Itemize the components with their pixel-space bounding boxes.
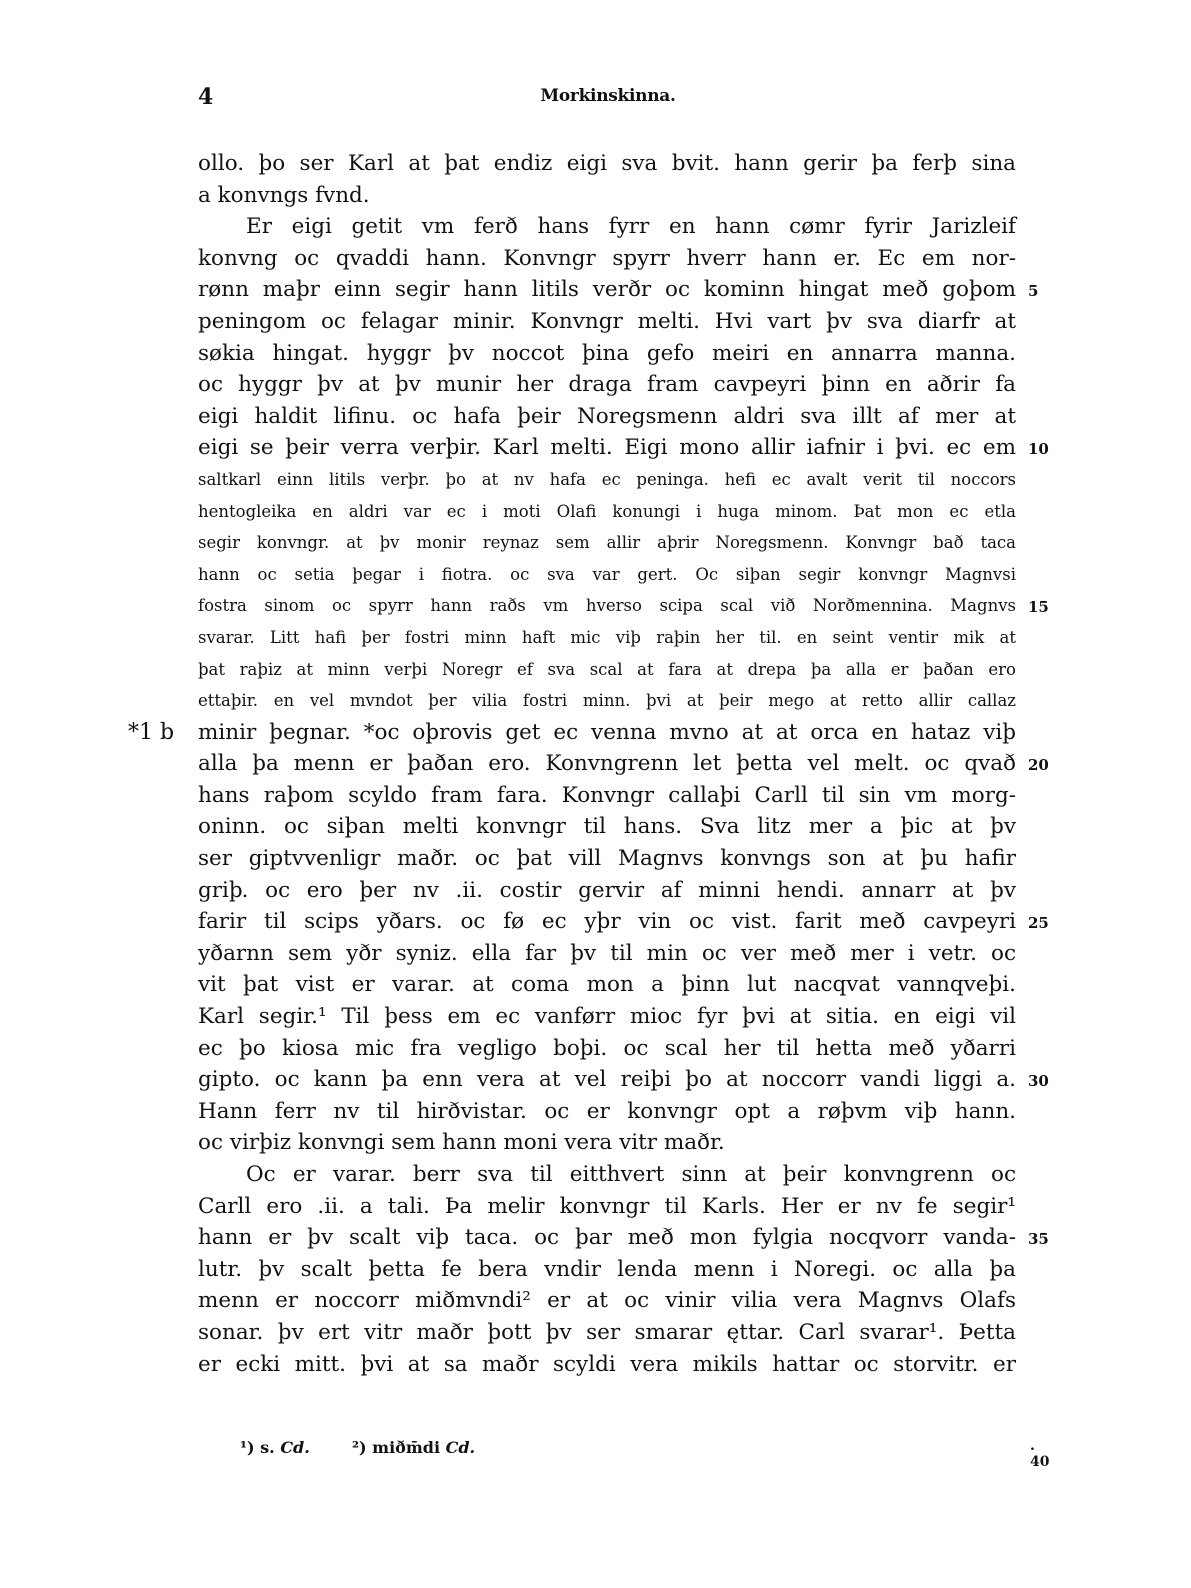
line-text: hans raþom scyldo fram fara. Konvngr cal… bbox=[198, 780, 1016, 812]
text-line: ettaþir. en vel mvndot þer vilia fostri … bbox=[198, 685, 1016, 717]
line-text: saltkarl einn litils verþr. þo at nv haf… bbox=[198, 464, 1016, 496]
line-number: 25 bbox=[1028, 908, 1049, 940]
line-text: a konvngs fvnd. bbox=[198, 183, 370, 208]
line-text: ollo. þo ser Karl at þat endiz eigi sva … bbox=[198, 148, 1016, 180]
text-line: Karl segir.¹ Til þess em ec vanførr mioc… bbox=[198, 1001, 1016, 1033]
line-text: ec þo kiosa mic fra vegligo boþi. oc sca… bbox=[198, 1033, 1016, 1065]
text-line: segir konvngr. at þv monir reynaz sem al… bbox=[198, 527, 1016, 559]
line-text: peningom oc felagar minir. Konvngr melti… bbox=[198, 306, 1016, 338]
folio-marker: *1 b bbox=[128, 717, 174, 749]
line-text: oc hyggr þv at þv munir her draga fram c… bbox=[198, 369, 1016, 401]
line-number: 30 bbox=[1028, 1066, 1049, 1098]
line-number: 5 bbox=[1028, 276, 1038, 308]
text-line: hans raþom scyldo fram fara. Konvngr cal… bbox=[198, 780, 1016, 812]
text-line: er ecki mitt. þvi at sa maðr scyldi vera… bbox=[198, 1349, 1016, 1381]
line-text: konvng oc qvaddi hann. Konvngr spyrr hve… bbox=[198, 243, 1016, 275]
line-text: alla þa menn er þaðan ero. Konvngrenn le… bbox=[198, 748, 1016, 780]
line-number: 20 bbox=[1028, 750, 1049, 782]
footnote-text: miðm̄di bbox=[372, 1438, 440, 1457]
line-text: hentogleika en aldri var ec i moti Olafi… bbox=[198, 496, 1016, 528]
text-line: Oc er varar. berr sva til eitthvert sinn… bbox=[198, 1159, 1016, 1191]
footnote-mark: ²) bbox=[352, 1438, 367, 1457]
text-line: ollo. þo ser Karl at þat endiz eigi sva … bbox=[198, 148, 1016, 180]
text-line: oninn. oc siþan melti konvngr til hans. … bbox=[198, 811, 1016, 843]
text-line: griþ. oc ero þer nv .ii. costir gervir a… bbox=[198, 875, 1016, 907]
footnote-2: ²) miðm̄di Cd. bbox=[352, 1438, 475, 1457]
line-text: søkia hingat. hyggr þv noccot þina gefo … bbox=[198, 338, 1016, 370]
line-text: fostra sinom oc spyrr hann raðs vm hvers… bbox=[198, 590, 1016, 622]
line-text: gipto. oc kann þa enn vera at vel reiþi … bbox=[198, 1064, 1016, 1096]
text-line: ec þo kiosa mic fra vegligo boþi. oc sca… bbox=[198, 1033, 1016, 1065]
line-text: yðarnn sem yðr syniz. ella far þv til mi… bbox=[198, 938, 1016, 970]
text-line: gipto. oc kann þa enn vera at vel reiþi … bbox=[198, 1064, 1016, 1096]
line-text: sonar. þv ert vitr maðr þott þv ser smar… bbox=[198, 1317, 1016, 1349]
text-line: alla þa menn er þaðan ero. Konvngrenn le… bbox=[198, 748, 1016, 780]
line-text: Hann ferr nv til hirðvistar. oc er konvn… bbox=[198, 1096, 1016, 1128]
footnote-text: s. bbox=[260, 1438, 275, 1457]
line-number: 15 bbox=[1028, 592, 1049, 624]
line-text: segir konvngr. at þv monir reynaz sem al… bbox=[198, 527, 1016, 559]
text-line: yðarnn sem yðr syniz. ella far þv til mi… bbox=[198, 938, 1016, 970]
line-text: lutr. þv scalt þetta fe bera vndir lenda… bbox=[198, 1254, 1016, 1286]
text-line: svarar. Litt hafi þer fostri minn haft m… bbox=[198, 622, 1016, 654]
text-line: oc hyggr þv at þv munir her draga fram c… bbox=[198, 369, 1016, 401]
line-text: menn er noccorr miðmvndi² er at oc vinir… bbox=[198, 1285, 1016, 1317]
line-text: svarar. Litt hafi þer fostri minn haft m… bbox=[198, 622, 1016, 654]
text-line: a konvngs fvnd. bbox=[198, 180, 1016, 212]
line-text: er ecki mitt. þvi at sa maðr scyldi vera… bbox=[198, 1349, 1016, 1381]
line-text: þat raþiz at minn verþi Noregr ef sva sc… bbox=[198, 654, 1016, 686]
line-number: 10 bbox=[1028, 434, 1049, 466]
page-header: 4 Morkinskinna. bbox=[198, 84, 1018, 114]
text-line: hann oc setia þegar i fiotra. oc sva var… bbox=[198, 559, 1016, 591]
line-text: Carll ero .ii. a tali. Þa melir konvngr … bbox=[198, 1191, 1016, 1223]
line-text: ettaþir. en vel mvndot þer vilia fostri … bbox=[198, 685, 1016, 717]
line-number: . 40 bbox=[1030, 1438, 1049, 1470]
text-line: konvng oc qvaddi hann. Konvngr spyrr hve… bbox=[198, 243, 1016, 275]
line-text: vit þat vist er varar. at coma mon a þin… bbox=[198, 969, 1016, 1001]
footnote-source: Cd. bbox=[280, 1438, 310, 1457]
body-text: ollo. þo ser Karl at þat endiz eigi sva … bbox=[198, 148, 1016, 1380]
footnote-1: ¹) s. Cd. bbox=[240, 1438, 310, 1457]
text-line: hann er þv scalt viþ taca. oc þar með mo… bbox=[198, 1222, 1016, 1254]
line-text: Karl segir.¹ Til þess em ec vanførr mioc… bbox=[198, 1001, 1016, 1033]
text-line: peningom oc felagar minir. Konvngr melti… bbox=[198, 306, 1016, 338]
text-line: sonar. þv ert vitr maðr þott þv ser smar… bbox=[198, 1317, 1016, 1349]
line-text: oc virþiz konvngi sem hann moni vera vit… bbox=[198, 1130, 725, 1155]
line-text: Er eigi getit vm ferð hans fyrr en hann … bbox=[246, 211, 1016, 243]
text-line: søkia hingat. hyggr þv noccot þina gefo … bbox=[198, 338, 1016, 370]
footnote-mark: ¹) bbox=[240, 1438, 255, 1457]
text-line: Hann ferr nv til hirðvistar. oc er konvn… bbox=[198, 1096, 1016, 1128]
text-line: vit þat vist er varar. at coma mon a þin… bbox=[198, 969, 1016, 1001]
text-line: eigi se þeir verra verþir. Karl melti. E… bbox=[198, 432, 1016, 464]
running-title: Morkinskinna. bbox=[198, 86, 1018, 106]
line-text: ser giptvvenligr maðr. oc þat vill Magnv… bbox=[198, 843, 1016, 875]
line-text: hann er þv scalt viþ taca. oc þar með mo… bbox=[198, 1222, 1016, 1254]
text-line: oc virþiz konvngi sem hann moni vera vit… bbox=[198, 1127, 1016, 1159]
line-text: Oc er varar. berr sva til eitthvert sinn… bbox=[246, 1159, 1016, 1191]
text-line: minir þegnar. *oc oþrovis get ec venna m… bbox=[198, 717, 1016, 749]
text-line: lutr. þv scalt þetta fe bera vndir lenda… bbox=[198, 1254, 1016, 1286]
line-text: farir til scips yðars. oc fø ec yþr vin … bbox=[198, 906, 1016, 938]
line-text: rønn maþr einn segir hann litils verðr o… bbox=[198, 274, 1016, 306]
text-line: hentogleika en aldri var ec i moti Olafi… bbox=[198, 496, 1016, 528]
line-text: eigi haldit lifinu. oc hafa þeir Noregsm… bbox=[198, 401, 1016, 433]
text-line: ser giptvvenligr maðr. oc þat vill Magnv… bbox=[198, 843, 1016, 875]
text-line: Carll ero .ii. a tali. Þa melir konvngr … bbox=[198, 1191, 1016, 1223]
line-number: 35 bbox=[1028, 1224, 1049, 1256]
text-line: þat raþiz at minn verþi Noregr ef sva sc… bbox=[198, 654, 1016, 686]
text-line: farir til scips yðars. oc fø ec yþr vin … bbox=[198, 906, 1016, 938]
text-line: eigi haldit lifinu. oc hafa þeir Noregsm… bbox=[198, 401, 1016, 433]
line-text: griþ. oc ero þer nv .ii. costir gervir a… bbox=[198, 875, 1016, 907]
text-line: fostra sinom oc spyrr hann raðs vm hvers… bbox=[198, 590, 1016, 622]
footnote-source: Cd. bbox=[446, 1438, 476, 1457]
line-text: hann oc setia þegar i fiotra. oc sva var… bbox=[198, 559, 1016, 591]
text-line: menn er noccorr miðmvndi² er at oc vinir… bbox=[198, 1285, 1016, 1317]
text-line: rønn maþr einn segir hann litils verðr o… bbox=[198, 274, 1016, 306]
text-line: saltkarl einn litils verþr. þo at nv haf… bbox=[198, 464, 1016, 496]
line-text: minir þegnar. *oc oþrovis get ec venna m… bbox=[198, 717, 1016, 749]
line-text: oninn. oc siþan melti konvngr til hans. … bbox=[198, 811, 1016, 843]
text-line: Er eigi getit vm ferð hans fyrr en hann … bbox=[198, 211, 1016, 243]
line-text: eigi se þeir verra verþir. Karl melti. E… bbox=[198, 432, 1016, 464]
